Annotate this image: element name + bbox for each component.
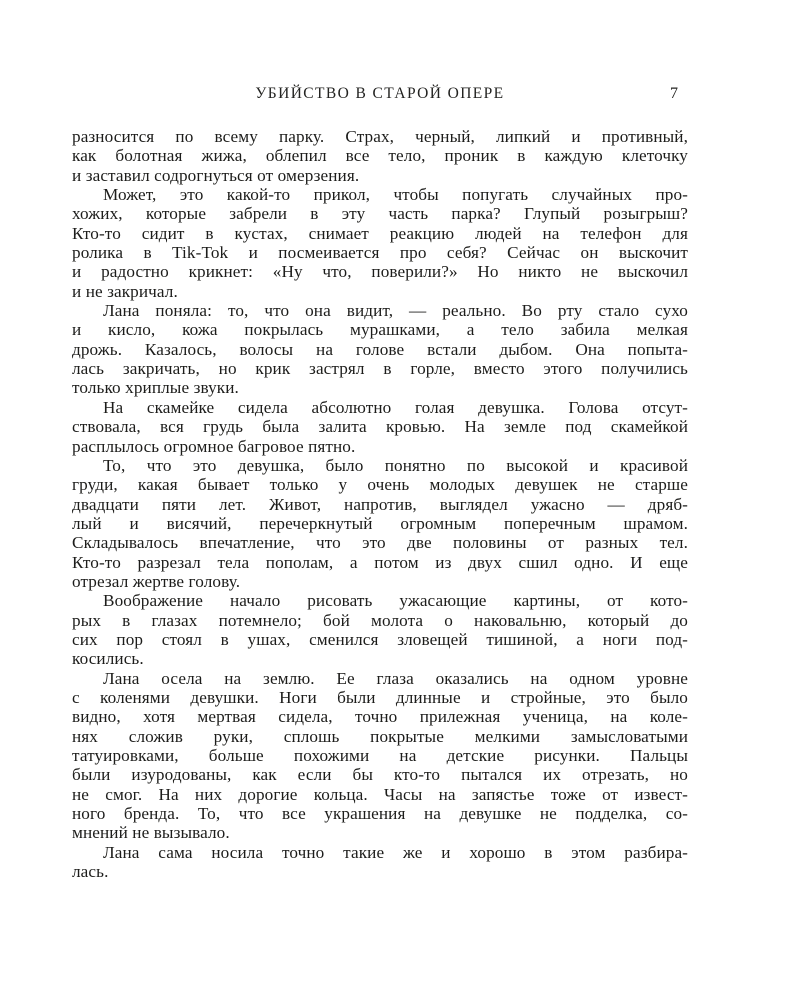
text-line: ствовала, вся грудь была залита кровью. … <box>72 417 688 436</box>
text-line: разносится по всему парку. Страх, черный… <box>72 127 688 146</box>
paragraph: Лана сама носила точно такие же и хорошо… <box>72 843 688 882</box>
text-line: лась. <box>72 862 688 881</box>
text-line: и кисло, кожа покрылась мурашками, а тел… <box>72 320 688 339</box>
page-number: 7 <box>670 85 678 102</box>
paragraph: разносится по всему парку. Страх, черный… <box>72 127 688 185</box>
text-line: мнений не вызывало. <box>72 823 688 842</box>
paragraph: Лана поняла: то, что она видит, — реальн… <box>72 301 688 398</box>
text-line: Воображение начало рисовать ужасающие ка… <box>72 591 688 610</box>
text-line: и не закричал. <box>72 282 688 301</box>
text-line: лый и висячий, перечеркнутый огромным по… <box>72 514 688 533</box>
text-line: ролика в Tik-Tok и посмеивается про себя… <box>72 243 688 262</box>
text-line: рых в глазах потемнело; бой молота о нак… <box>72 611 688 630</box>
text-line: хожих, которые забрели в эту часть парка… <box>72 204 688 223</box>
text-line: двадцати пяти лет. Живот, напротив, выгл… <box>72 495 688 514</box>
running-head-title: УБИЙСТВО В СТАРОЙ ОПЕРЕ <box>72 85 688 102</box>
paragraph: Может, это какой-то прикол, чтобы попуга… <box>72 185 688 301</box>
text-line: Складывалось впечатление, что это две по… <box>72 533 688 552</box>
text-line: Лана сама носила точно такие же и хорошо… <box>72 843 688 862</box>
text-line: Лана осела на землю. Ее глаза оказались … <box>72 669 688 688</box>
text-line: как болотная жижа, облепил все тело, про… <box>72 146 688 165</box>
paragraph: Воображение начало рисовать ужасающие ка… <box>72 591 688 668</box>
paragraph: На скамейке сидела абсолютно голая девуш… <box>72 398 688 456</box>
book-page: УБИЙСТВО В СТАРОЙ ОПЕРЕ 7 разносится по … <box>0 0 800 1000</box>
text-line: Кто-то разрезал тела пополам, а потом из… <box>72 553 688 572</box>
text-line: На скамейке сидела абсолютно голая девуш… <box>72 398 688 417</box>
body-text: разносится по всему парку. Страх, черный… <box>72 127 688 881</box>
text-line: видно, хотя мертвая сидела, точно прилеж… <box>72 707 688 726</box>
text-line: расплылось огромное багровое пятно. <box>72 437 688 456</box>
text-line: сих пор стоял в ушах, сменился зловещей … <box>72 630 688 649</box>
paragraph: Лана осела на землю. Ее глаза оказались … <box>72 669 688 843</box>
text-line: Может, это какой-то прикол, чтобы попуга… <box>72 185 688 204</box>
text-line: То, что это девушка, было понятно по выс… <box>72 456 688 475</box>
text-line: ного бренда. То, что все украшения на де… <box>72 804 688 823</box>
text-line: с коленями девушки. Ноги были длинные и … <box>72 688 688 707</box>
text-line: и заставил содрогнуться от омерзения. <box>72 166 688 185</box>
text-line: дрожь. Казалось, волосы на голове встали… <box>72 340 688 359</box>
text-line: косились. <box>72 649 688 668</box>
text-line: отрезал жертве голову. <box>72 572 688 591</box>
text-line: татуировками, больше похожими на детские… <box>72 746 688 765</box>
text-line: груди, какая бывает только у очень молод… <box>72 475 688 494</box>
text-line: Кто-то сидит в кустах, снимает реакцию л… <box>72 224 688 243</box>
text-line: нях сложив руки, сплошь покрытые мелкими… <box>72 727 688 746</box>
running-header: УБИЙСТВО В СТАРОЙ ОПЕРЕ 7 <box>72 85 688 102</box>
paragraph: То, что это девушка, было понятно по выс… <box>72 456 688 591</box>
text-line: Лана поняла: то, что она видит, — реальн… <box>72 301 688 320</box>
text-line: только хриплые звуки. <box>72 378 688 397</box>
text-line: были изуродованы, как если бы кто-то пыт… <box>72 765 688 784</box>
text-line: и радостно крикнет: «Ну что, поверили?» … <box>72 262 688 281</box>
text-line: не смог. На них дорогие кольца. Часы на … <box>72 785 688 804</box>
text-line: лась закричать, но крик застрял в горле,… <box>72 359 688 378</box>
